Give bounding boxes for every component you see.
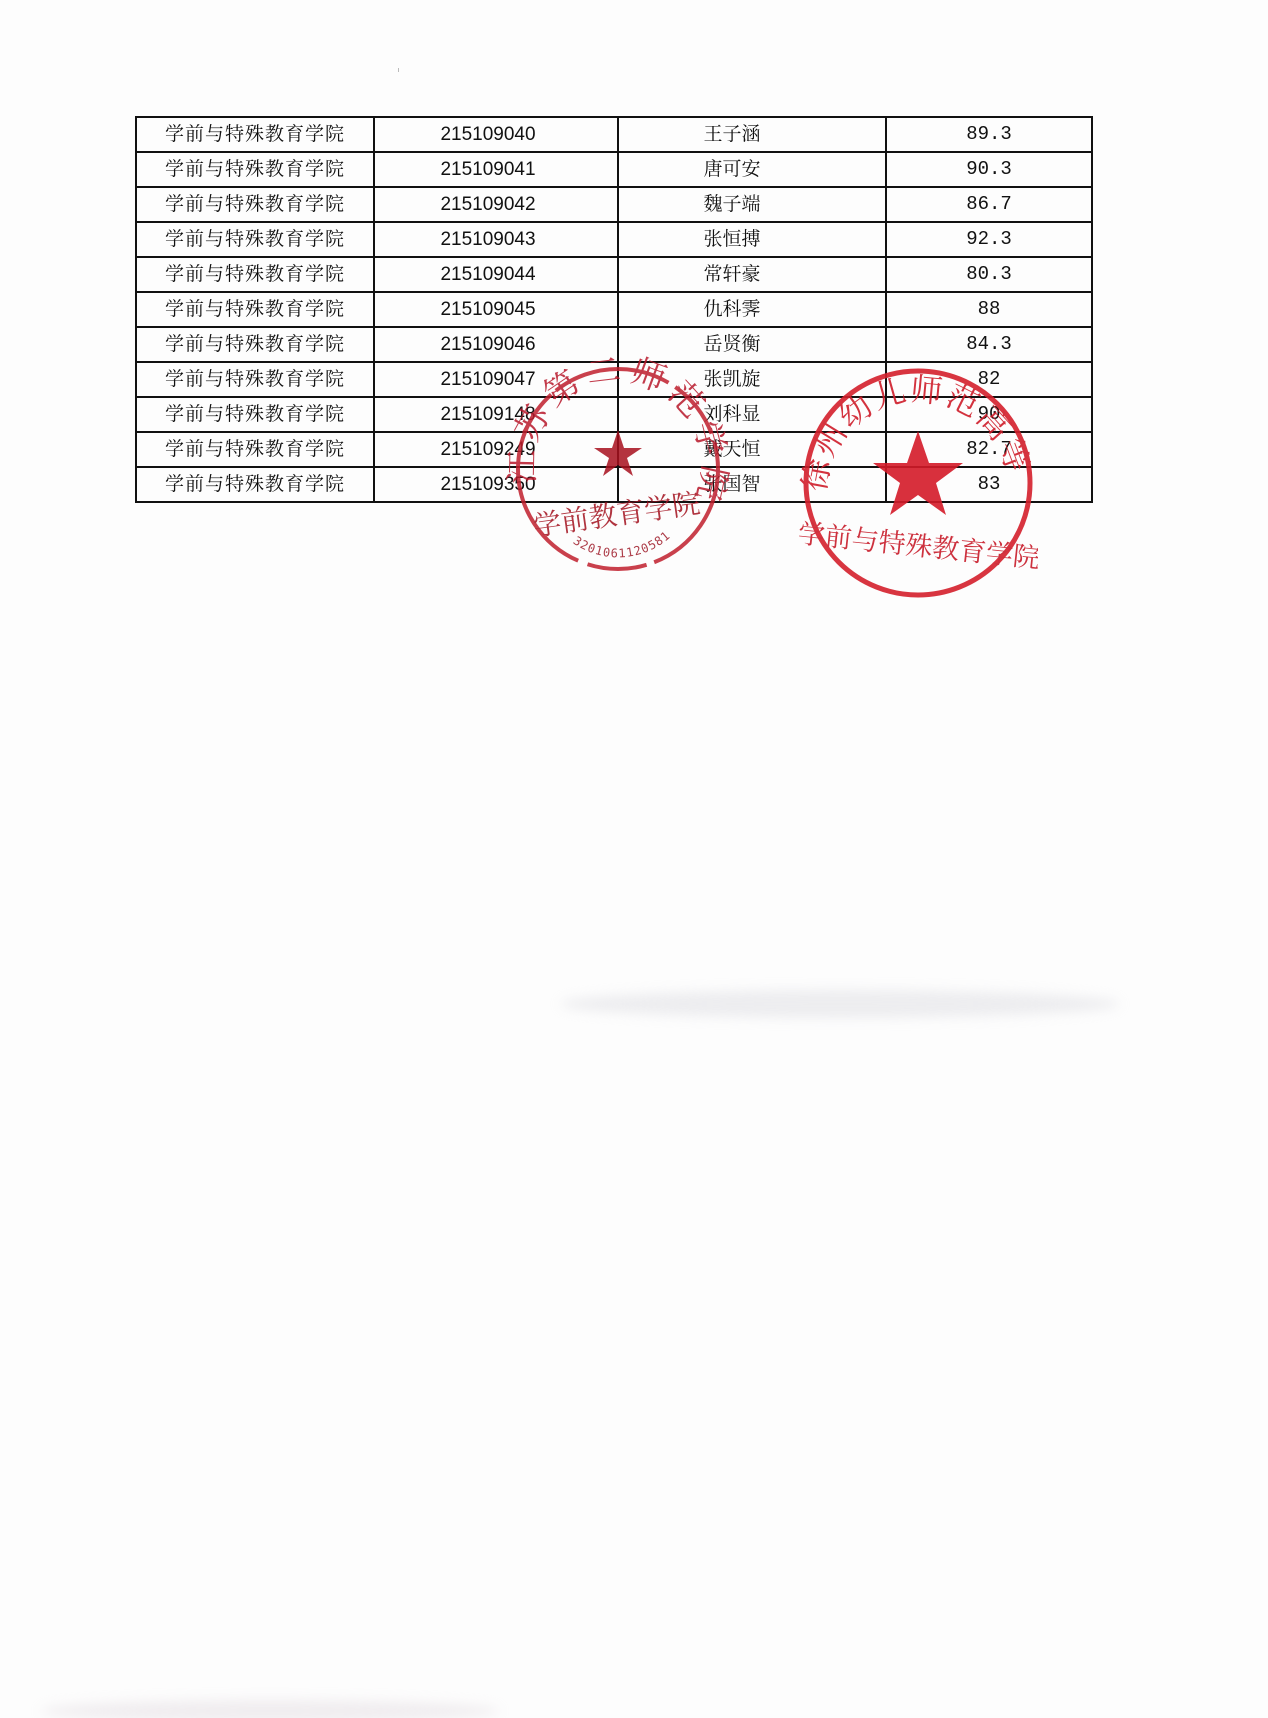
table-row: 学前与特殊教育学院215109043张恒搏92.3 — [136, 222, 1092, 257]
department-cell-text: 学前与特殊教育学院 — [165, 193, 345, 215]
name-cell: 岳贤衡 — [618, 327, 886, 362]
department-cell: 学前与特殊教育学院 — [136, 187, 374, 222]
student-id-cell: 215109041 — [374, 152, 618, 187]
score-cell-text: 86.7 — [966, 188, 1012, 221]
student-id-cell: 215109046 — [374, 327, 618, 362]
department-cell: 学前与特殊教育学院 — [136, 432, 374, 467]
student-id-cell: 215109249 — [374, 432, 618, 467]
score-cell: 90.3 — [886, 152, 1092, 187]
department-cell: 学前与特殊教育学院 — [136, 467, 374, 502]
score-cell-text: 92.3 — [966, 223, 1012, 256]
score-cell-text: 82 — [978, 363, 1001, 396]
scan-smudge-bottom — [40, 1700, 500, 1718]
department-cell-text: 学前与特殊教育学院 — [165, 263, 345, 285]
name-cell: 戴天恒 — [618, 432, 886, 467]
department-cell-text: 学前与特殊教育学院 — [165, 473, 345, 495]
table-row: 学前与特殊教育学院215109249戴天恒82.7 — [136, 432, 1092, 467]
score-cell-text: 89.3 — [966, 118, 1012, 151]
name-cell-text: 岳贤衡 — [703, 328, 760, 361]
name-cell-text: 张凯旋 — [703, 363, 760, 396]
score-cell: 84.3 — [886, 327, 1092, 362]
name-cell-text: 常轩豪 — [703, 258, 760, 291]
name-cell: 刘科显 — [618, 397, 886, 432]
student-id-cell-text: 215109043 — [440, 223, 535, 256]
score-cell-text: 90 — [978, 398, 1001, 431]
score-cell-text: 88 — [978, 293, 1001, 326]
student-id-cell-text: 215109045 — [440, 293, 535, 326]
score-cell-text: 80.3 — [966, 258, 1012, 291]
scan-smudge — [560, 990, 1120, 1018]
name-cell-text: 王子涵 — [703, 118, 760, 151]
department-cell: 学前与特殊教育学院 — [136, 397, 374, 432]
name-cell: 张恒搏 — [618, 222, 886, 257]
student-id-cell: 215109044 — [374, 257, 618, 292]
score-cell: 90 — [886, 397, 1092, 432]
department-cell: 学前与特殊教育学院 — [136, 257, 374, 292]
score-cell: 92.3 — [886, 222, 1092, 257]
name-cell-text: 张恒搏 — [703, 223, 760, 256]
seal-right-inner-text: 学前与特殊教育学院 — [798, 518, 1038, 574]
department-cell: 学前与特殊教育学院 — [136, 327, 374, 362]
department-cell: 学前与特殊教育学院 — [136, 362, 374, 397]
score-cell: 83 — [886, 467, 1092, 502]
student-id-cell-text: 215109040 — [440, 118, 535, 151]
score-cell-text: 90.3 — [966, 153, 1012, 186]
table-row: 学前与特殊教育学院215109041唐可安90.3 — [136, 152, 1092, 187]
student-id-cell: 215109042 — [374, 187, 618, 222]
table-row: 学前与特殊教育学院215109044常轩豪80.3 — [136, 257, 1092, 292]
student-id-cell: 215109043 — [374, 222, 618, 257]
svg-text:3201061120581: 3201061120581 — [571, 528, 673, 560]
name-cell-text: 魏子端 — [703, 188, 760, 221]
student-id-cell: 215109040 — [374, 117, 618, 152]
student-id-cell: 215109148 — [374, 397, 618, 432]
table-row: 学前与特殊教育学院215109040王子涵89.3 — [136, 117, 1092, 152]
student-score-table: 学前与特殊教育学院215109040王子涵89.3学前与特殊教育学院215109… — [135, 116, 1093, 503]
score-cell-text: 82.7 — [966, 433, 1012, 466]
name-cell: 张国智 — [618, 467, 886, 502]
department-cell: 学前与特殊教育学院 — [136, 152, 374, 187]
student-id-cell-text: 215109350 — [440, 468, 535, 501]
department-cell-text: 学前与特殊教育学院 — [165, 228, 345, 250]
student-id-cell: 215109350 — [374, 467, 618, 502]
score-cell-text: 83 — [978, 468, 1001, 501]
student-id-cell-text: 215109046 — [440, 328, 535, 361]
score-cell: 88 — [886, 292, 1092, 327]
name-cell: 魏子端 — [618, 187, 886, 222]
score-cell: 82 — [886, 362, 1092, 397]
name-cell: 仇科霁 — [618, 292, 886, 327]
score-cell: 82.7 — [886, 432, 1092, 467]
department-cell: 学前与特殊教育学院 — [136, 222, 374, 257]
department-cell-text: 学前与特殊教育学院 — [165, 158, 345, 180]
student-id-cell-text: 215109047 — [440, 363, 535, 396]
name-cell-text: 刘科显 — [703, 398, 760, 431]
score-cell-text: 84.3 — [966, 328, 1012, 361]
name-cell-text: 唐可安 — [703, 153, 760, 186]
score-cell: 86.7 — [886, 187, 1092, 222]
department-cell-text: 学前与特殊教育学院 — [165, 403, 345, 425]
student-id-cell: 215109045 — [374, 292, 618, 327]
name-cell: 唐可安 — [618, 152, 886, 187]
name-cell: 王子涵 — [618, 117, 886, 152]
table-row: 学前与特殊教育学院215109350张国智83 — [136, 467, 1092, 502]
table-row: 学前与特殊教育学院215109047张凯旋82 — [136, 362, 1092, 397]
score-cell: 89.3 — [886, 117, 1092, 152]
scan-mark — [398, 68, 399, 72]
student-id-cell-text: 215109041 — [440, 153, 535, 186]
student-id-cell-text: 215109042 — [440, 188, 535, 221]
name-cell-text: 戴天恒 — [703, 433, 760, 466]
table-row: 学前与特殊教育学院215109045仇科霁88 — [136, 292, 1092, 327]
score-cell: 80.3 — [886, 257, 1092, 292]
student-id-cell-text: 215109249 — [440, 433, 535, 466]
scanned-page: 学前与特殊教育学院215109040王子涵89.3学前与特殊教育学院215109… — [0, 0, 1268, 1718]
name-cell-text: 张国智 — [703, 468, 760, 501]
table-row: 学前与特殊教育学院215109148刘科显90 — [136, 397, 1092, 432]
name-cell: 常轩豪 — [618, 257, 886, 292]
name-cell: 张凯旋 — [618, 362, 886, 397]
department-cell-text: 学前与特殊教育学院 — [165, 123, 345, 145]
department-cell-text: 学前与特殊教育学院 — [165, 438, 345, 460]
department-cell-text: 学前与特殊教育学院 — [165, 298, 345, 320]
department-cell: 学前与特殊教育学院 — [136, 292, 374, 327]
student-id-cell-text: 215109148 — [440, 398, 535, 431]
table-row: 学前与特殊教育学院215109042魏子端86.7 — [136, 187, 1092, 222]
department-cell: 学前与特殊教育学院 — [136, 117, 374, 152]
seal-left-code: 3201061120581 — [571, 528, 673, 560]
name-cell-text: 仇科霁 — [703, 293, 760, 326]
student-id-cell-text: 215109044 — [440, 258, 535, 291]
department-cell-text: 学前与特殊教育学院 — [165, 333, 345, 355]
department-cell-text: 学前与特殊教育学院 — [165, 368, 345, 390]
table-row: 学前与特殊教育学院215109046岳贤衡84.3 — [136, 327, 1092, 362]
student-id-cell: 215109047 — [374, 362, 618, 397]
